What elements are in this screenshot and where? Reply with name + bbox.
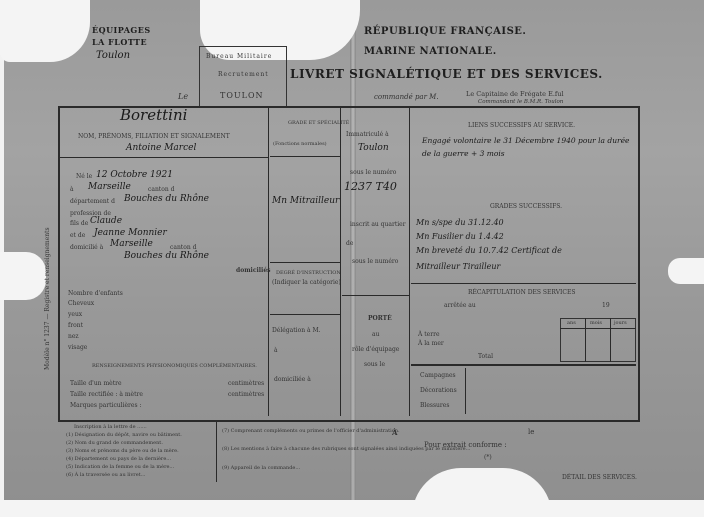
total-label: Total (478, 353, 493, 360)
residence-canton-label: canton d (170, 244, 196, 251)
height-label: Taille d'un mètre (70, 380, 122, 387)
carried-label: PORTÉ (368, 315, 392, 322)
decorations-label: Décorations (420, 387, 457, 394)
side-form-number: Modèle n° 1237 — Registre et renseigneme… (44, 227, 51, 370)
torn-edge-right (668, 258, 704, 284)
commanded-by-label: commandé par M. (374, 93, 439, 101)
height-rectified-label: Taille rectifiée : à mètre (70, 391, 143, 398)
crew-label: rôle d'équipage (352, 346, 399, 353)
at-label-footer: À (392, 428, 397, 437)
note-5: (5) Indication de la femme ou de la mère… (66, 464, 174, 470)
stamp-line-2: Recrutement (218, 71, 269, 78)
divider-carried (342, 295, 409, 296)
signature-mark: (*) (484, 454, 492, 461)
campaigns-divider (465, 368, 466, 414)
wounds-label: Blessures (420, 402, 449, 409)
residence-department: Bouches du Rhône (124, 251, 209, 261)
residence: Marseille (110, 239, 153, 249)
note-right-0: (7) Comprenant compléments ou primes de … (222, 428, 400, 434)
marks-label: Marques particulières : (70, 402, 142, 409)
torn-edge-left (0, 252, 46, 300)
and-of-label: et de (70, 232, 85, 239)
grade-3: Mn breveté du 10.7.42 Certificat de (416, 246, 562, 255)
father-name: Claude (90, 216, 122, 226)
note-3: (3) Noms et prénoms du père ou de la mèr… (66, 448, 179, 454)
divider-col-3 (409, 108, 410, 416)
republic-heading: RÉPUBLIQUE FRANÇAISE. (364, 26, 526, 37)
recap-col-divider-1 (585, 318, 586, 362)
note-0: Inscription à la lettre de ...... (74, 424, 147, 430)
residing-label: domicilié à (70, 244, 103, 251)
recap-col-years: ans (567, 320, 576, 326)
identity-section-label: NOM, PRÉNOMS, FILIATION ET SIGNALEMENT (78, 133, 230, 140)
instruction-sub: (Indiquer la catégorie) (272, 279, 341, 286)
recap-header-divider (560, 328, 636, 329)
certified-label: Pour extrait conforme : (424, 441, 507, 449)
department-label: département d (70, 198, 115, 205)
commander-line-1: Le Capitaine de Frégate E.ful (466, 90, 564, 98)
number-label: sous le numéro (350, 169, 396, 176)
recap-col-divider-2 (610, 318, 611, 362)
stopped-label: arrêtée au (444, 302, 476, 309)
surname: Borettini (120, 106, 187, 124)
grade-2: Mn Fusilier du 1.4.42 (416, 232, 504, 241)
detail-label: DÉTAIL DES SERVICES. (562, 474, 637, 481)
children-label: Nombre d'enfants (68, 290, 123, 297)
domicile-label: domiciliés (236, 267, 271, 274)
sea-label: À la mer (418, 340, 444, 347)
height-unit: centimètres (228, 380, 264, 387)
son-of-label: fils de (70, 220, 88, 227)
divider-delegation (270, 314, 340, 315)
grade-4: Mitrailleur Tirailleur (416, 262, 500, 271)
divider-recap (411, 283, 636, 284)
ministry-heading: MARINE NATIONALE. (364, 46, 497, 57)
registered-place: Toulon (358, 143, 389, 153)
delegation-label: Délégation à M. (272, 327, 321, 334)
note-6: (6) À la traversée ou au livret... (66, 472, 145, 478)
recap-col-days: jours (614, 320, 627, 326)
stamp-line-1: Bureau Militaire (206, 53, 272, 60)
bottom-margin (0, 500, 704, 517)
birth-date: 12 Octobre 1921 (96, 170, 173, 180)
height-rectified-unit: centimètres (228, 391, 264, 398)
rank-value: Mn Mitrailleur (272, 196, 339, 206)
under-label: sous le (364, 361, 385, 368)
on-label: au (372, 331, 379, 338)
recap-col-months: mois (590, 320, 602, 326)
field-eyes: yeux (68, 311, 82, 318)
year-suffix: 19 (602, 302, 610, 309)
note-4: (4) Département ou pays de la dernière..… (66, 456, 171, 462)
recruitment-stamp: Bureau Militaire Recrutement TOULON (199, 46, 287, 108)
birth-place: Marseille (88, 182, 131, 192)
notes-divider (216, 422, 217, 482)
le-prefix: Le (178, 92, 188, 101)
canton-label: canton d (148, 186, 174, 193)
quarter-label: inscrit au quartier (350, 221, 406, 228)
document-title: LIVRET SIGNALÉTIQUE ET DES SERVICES. (290, 67, 603, 81)
field-forehead: front (68, 322, 83, 329)
additional-label: RENSEIGNEMENTS PHYSIONOMIQUES COMPLÉMENT… (92, 363, 257, 369)
field-nose: nez (68, 333, 79, 340)
grades-label: GRADES SUCCESSIFS. (490, 203, 562, 210)
org-line-1: ÉQUIPAGES (92, 25, 151, 35)
note-1: (1) Désignation du dépôt, navire ou bâti… (66, 432, 182, 438)
grade-1: Mn s/spe du 31.12.40 (416, 218, 504, 227)
links-label: LIENS SUCCESSIFS AU SERVICE. (468, 122, 575, 129)
born-label: Né le (76, 173, 92, 180)
note-right-2: (9) Appareil de la commande... (222, 465, 300, 471)
campaigns-label: Campagnes (420, 372, 456, 379)
divider-name (60, 157, 268, 158)
divider-instruction (270, 262, 340, 263)
links-text: Engagé volontaire le 31 Décembre 1940 po… (422, 134, 630, 160)
org-place: Toulon (96, 50, 130, 61)
instruction-label: DEGRÉ D'INSTRUCTION (276, 270, 341, 276)
divider-col-2 (340, 108, 341, 416)
given-names: Antoine Marcel (126, 143, 196, 153)
delegation-domicile: domiciliée à (274, 376, 311, 383)
divider-rank (270, 156, 340, 157)
mother-name: Jeanne Monnier (94, 228, 167, 238)
rank-sub-label: (Fonctions normales) (273, 141, 327, 147)
registered-label: Immatriculé à (346, 131, 389, 138)
under-number-label: sous le numéro (352, 258, 398, 265)
stamp-city: TOULON (220, 91, 264, 100)
divider-campaigns (411, 364, 636, 366)
registration-number: 1237 T40 (344, 180, 397, 193)
note-2: (2) Nom du grand de commandement. (66, 440, 163, 446)
divider-col-1 (268, 108, 269, 416)
org-line-2: LA FLOTTE (92, 37, 147, 47)
commander-line-2: Commandant le B.M.R. Toulon (478, 99, 563, 105)
the-label-footer: le (528, 428, 534, 436)
land-label: À terre (418, 331, 440, 338)
field-face: visage (68, 344, 87, 351)
at-label: à (70, 186, 74, 193)
quarter-of-label: de (346, 240, 353, 247)
delegation-at: à (274, 347, 278, 354)
recap-label: RÉCAPITULATION DES SERVICES (468, 289, 576, 296)
department: Bouches du Rhône (124, 194, 209, 204)
field-hair: Cheveux (68, 300, 94, 307)
rank-section-label: GRADE ET SPÉCIALITÉ (288, 120, 349, 126)
